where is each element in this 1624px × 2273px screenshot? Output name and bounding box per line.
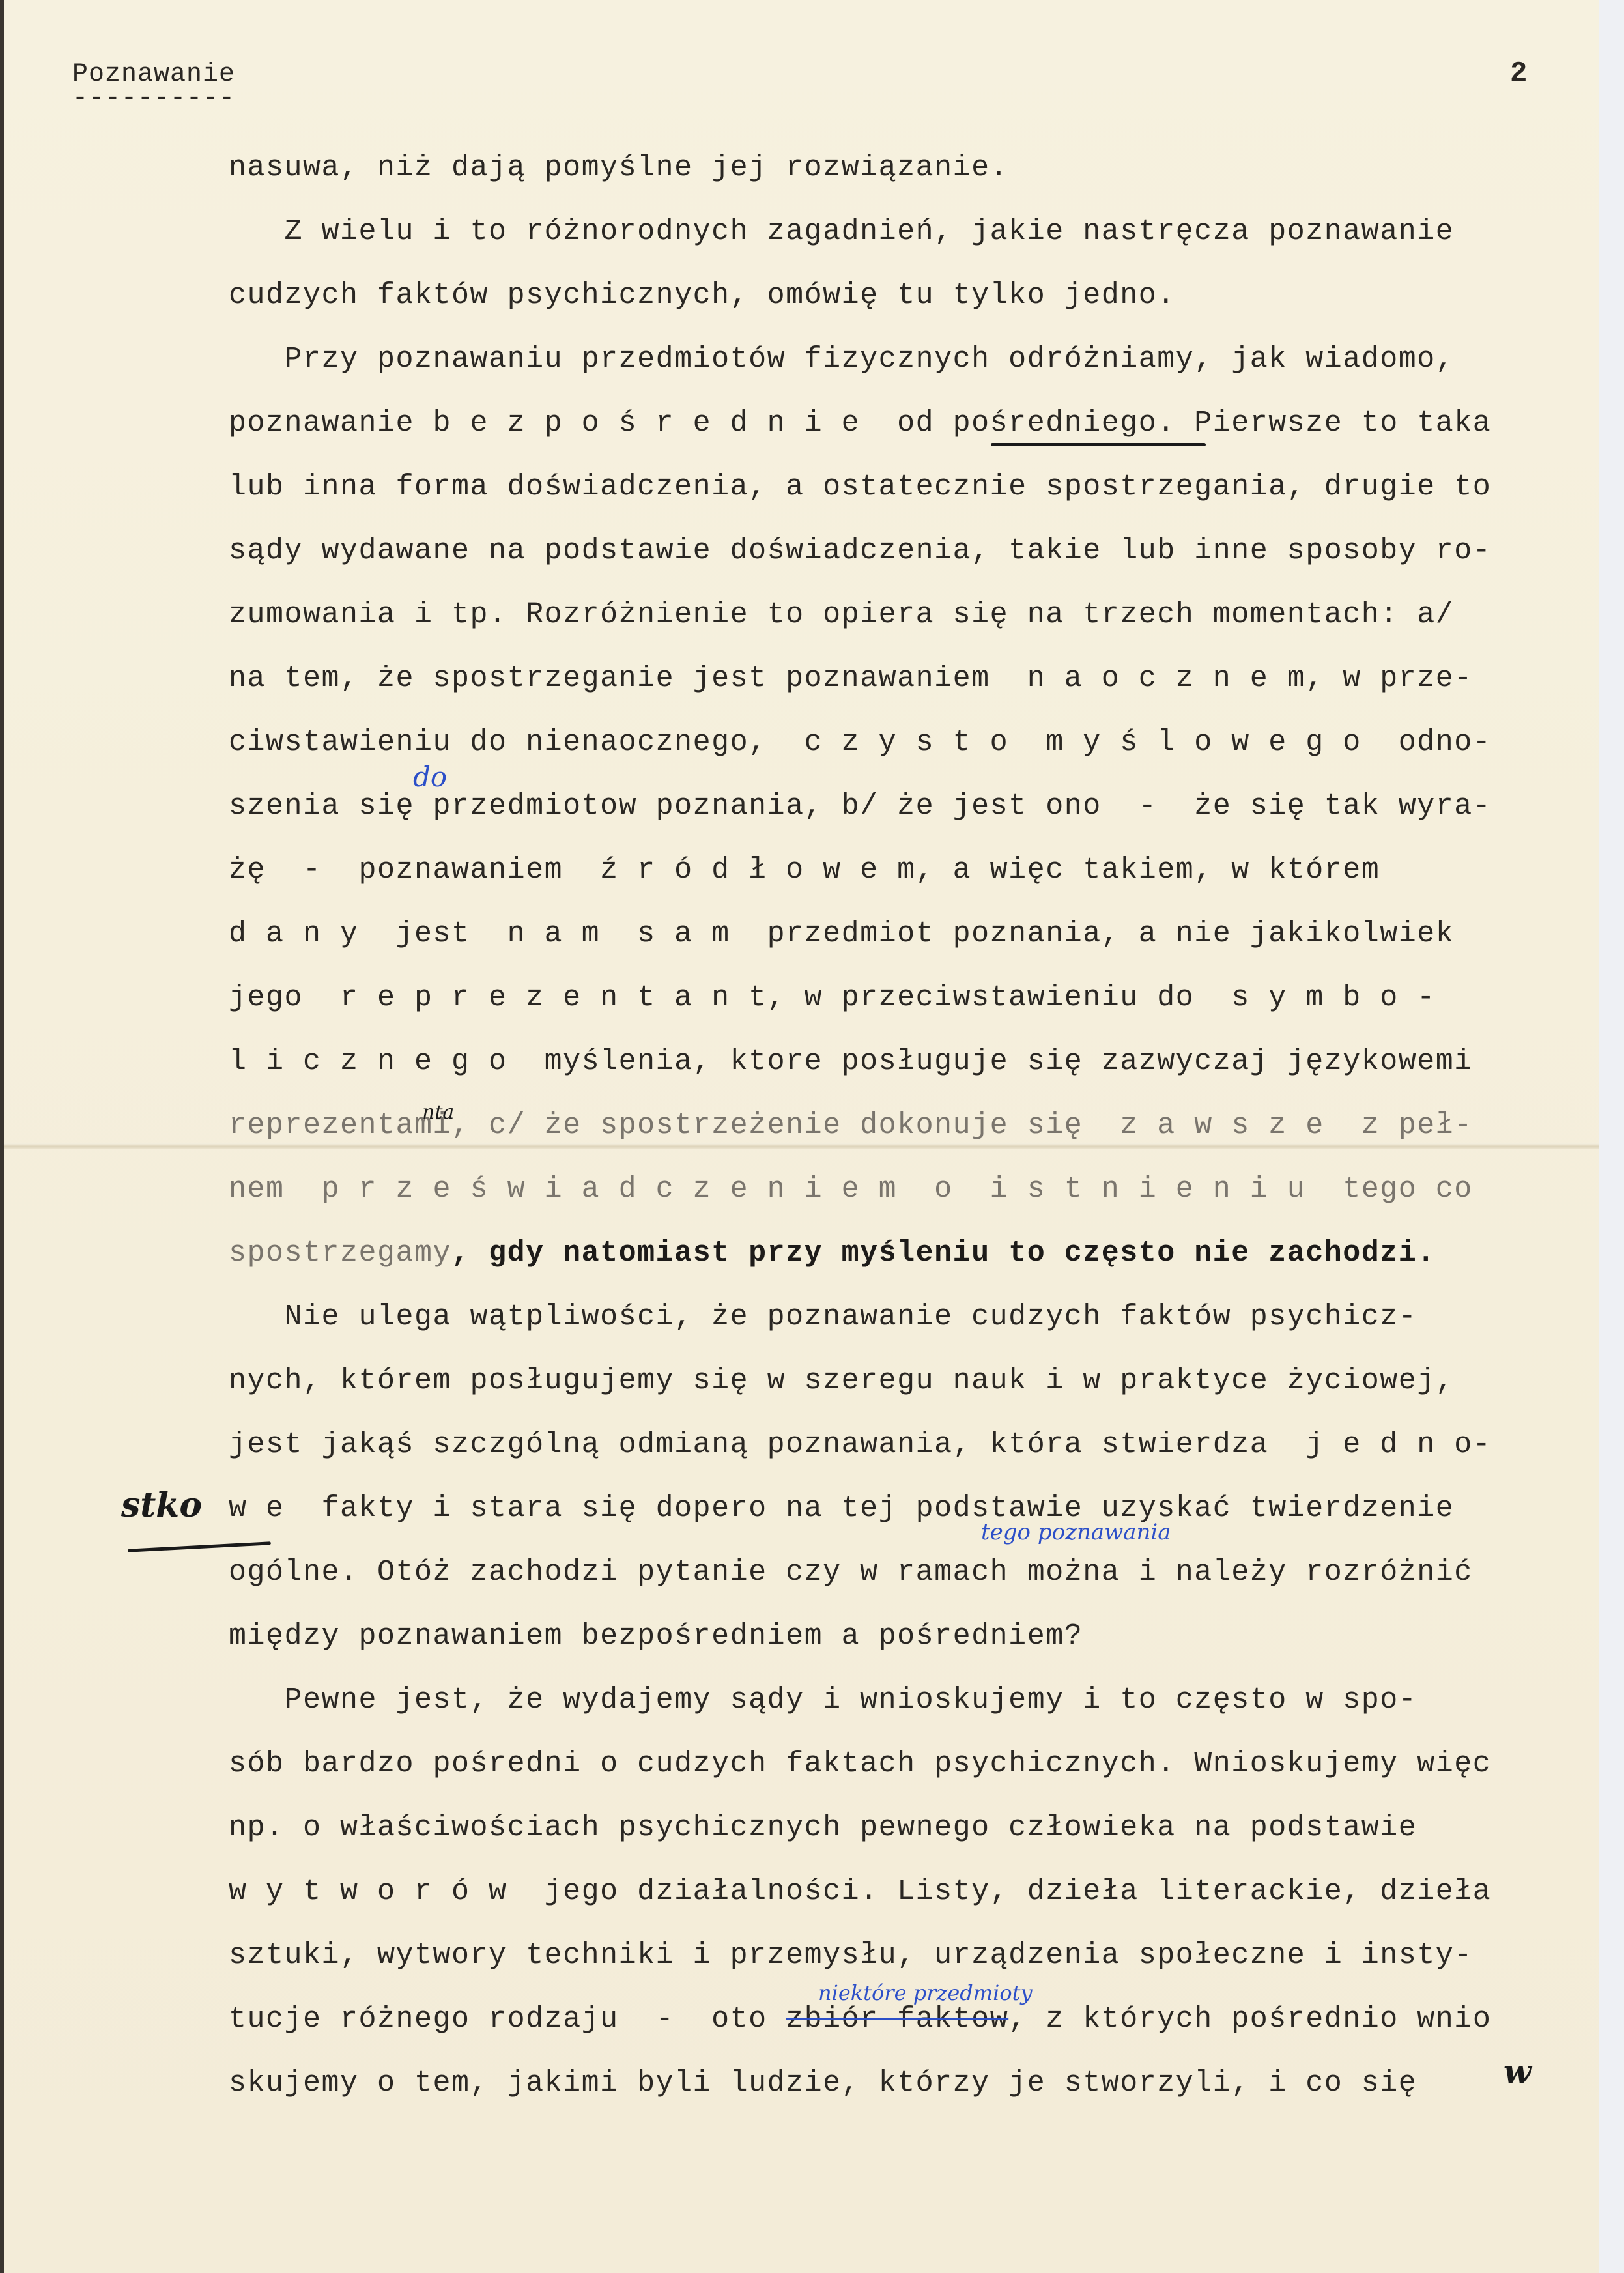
text-line: Pewne jest, że wydajemy sądy i wnioskuje… — [229, 1683, 1417, 1717]
text-line: nasuwa, niż dają pomyślne jej rozwiązani… — [229, 151, 1008, 184]
text-line: w y t w o r ó w jego działalności. Listy… — [229, 1875, 1491, 1908]
text-line: ogólne. Otóż zachodzi pytanie czy w rama… — [229, 1556, 1473, 1589]
handwritten-insert-do: do — [413, 761, 447, 793]
text-line: nych, którem posługujemy się w szeregu n… — [229, 1364, 1454, 1397]
text-line: na tem, że spostrzeganie jest poznawanie… — [229, 662, 1473, 695]
text-line: sądy wydawane na podstawie doświadczenia… — [229, 534, 1491, 567]
text-line: Nie ulega wątpliwości, że poznawanie cud… — [229, 1300, 1417, 1334]
handwritten-insert-tego-poznawania: tego poznawania — [981, 1519, 1171, 1545]
text-line: reprezentami, c/ że spostrzeżenie dokonu… — [229, 1109, 1473, 1142]
handwritten-margin-stko: stko — [121, 1485, 202, 1525]
header-underline: ---------- — [72, 93, 235, 106]
text-line: l i c z n e g o myślenia, ktore posługuj… — [229, 1045, 1473, 1078]
document-page: Poznawanie ---------- 2 nasuwa, niż dają… — [0, 0, 1603, 2273]
struck-text: zbiór faktow — [786, 2003, 1008, 2036]
text-line: Przy poznawaniu przedmiotów fizycznych o… — [229, 343, 1454, 376]
pen-underline — [128, 1541, 271, 1552]
text-line-mixed: tucje różnego rodzaju - oto zbiór faktow… — [229, 2003, 1491, 2036]
bold-text: , gdy natomiast przy myśleniu to często … — [451, 1237, 1436, 1270]
text-line: Z wielu i to różnorodnych zagadnień, jak… — [229, 215, 1454, 248]
text-line: sób bardzo pośredni o cudzych faktach ps… — [229, 1747, 1491, 1780]
text-line-mixed: spostrzegamy, gdy natomiast przy myśleni… — [229, 1237, 1436, 1270]
text-line: zumowania i tp. Rozróżnienie to opiera s… — [229, 598, 1454, 631]
scan-edge — [1599, 0, 1624, 2273]
pen-underline — [991, 443, 1206, 446]
text-line: szenia się przedmiotow poznania, b/ że j… — [229, 790, 1491, 823]
text-line: cudzych faktów psychicznych, omówię tu t… — [229, 279, 1176, 312]
text-line: w e fakty i stara się dopero na tej pods… — [229, 1492, 1454, 1525]
page-number: 2 — [1510, 57, 1527, 90]
handwritten-insert-niektore-przedmioty: niektóre przedmioty — [818, 1980, 1033, 2005]
text-line: ciwstawieniu do nienaocznego, c z y s t … — [229, 726, 1491, 759]
text-line: poznawanie b e z p o ś r e d n i e od po… — [229, 407, 1491, 440]
text-line: d a n y jest n a m s a m przedmiot pozna… — [229, 917, 1454, 951]
text-line: jego r e p r e z e n t a n t, w przeciws… — [229, 981, 1436, 1014]
text-line: np. o właściwościach psychicznych pewneg… — [229, 1811, 1417, 1844]
text-line: sztuki, wytwory techniki i przemysłu, ur… — [229, 1939, 1473, 1972]
text-line: nem p r z e ś w i a d c z e n i e m o i … — [229, 1173, 1473, 1206]
faint-text: spostrzegamy — [229, 1237, 451, 1270]
paper-fold-crease — [4, 1143, 1603, 1149]
text-segment: , z których pośrednio wnio — [1008, 2003, 1491, 2036]
text-line: lub inna forma doświadczenia, a ostatecz… — [229, 470, 1491, 504]
text-line: jest jakąś szczgólną odmianą poznawania,… — [229, 1428, 1491, 1461]
handwritten-insert-nta: nta — [422, 1101, 454, 1124]
text-line: między poznawaniem bezpośredniem a pośre… — [229, 1620, 1083, 1653]
handwritten-w: w — [1503, 2052, 1531, 2091]
text-line: skujemy o tem, jakimi byli ludzie, którz… — [229, 2066, 1417, 2100]
text-line: żę - poznawaniem ź r ó d ł o w e m, a wi… — [229, 853, 1380, 887]
text-segment: tucje różnego rodzaju - oto — [229, 2003, 786, 2036]
